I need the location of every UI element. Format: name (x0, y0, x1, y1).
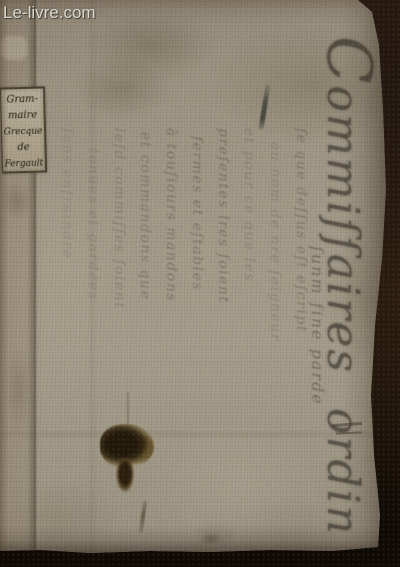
ink-blot-stem (116, 458, 134, 496)
spine-label-line: Gram- (1, 91, 43, 108)
spine-light-patch (0, 36, 27, 60)
ink-slash-mark (258, 84, 270, 130)
faded-script-line: tenues et gardées (80, 128, 106, 434)
cover-title-script: Commiſſaires ordin (316, 36, 382, 551)
spine-stain (5, 348, 32, 430)
spine-label-line: maire (1, 107, 43, 124)
faded-script-line: et commandons que (132, 128, 158, 434)
faded-script-line: fermes et eſtables (184, 128, 210, 434)
spine-label-line: Fergault (3, 155, 45, 172)
faded-script-line: ſans enfraindre (54, 128, 80, 434)
bottom-smudge (194, 522, 236, 550)
faded-script-line: et pour ce que les (236, 128, 262, 434)
book-photo: ſe que deſſus eſt eſcript au nom de nre … (0, 0, 400, 567)
small-ink-streak (139, 500, 148, 533)
faded-script-line: au nom de nre ſeigneur (262, 128, 288, 434)
faded-script-line: preſentes lres ſoient (210, 128, 236, 434)
edge-chip (377, 484, 384, 493)
site-watermark: Le-livre.com (3, 3, 96, 23)
spine-label: Gram- maire Grecque de Fergault (0, 86, 47, 173)
faded-manuscript-text: ſe que deſſus eſt eſcript au nom de nre … (52, 128, 314, 434)
faded-script-line: à touſiours mandons (158, 128, 184, 434)
edge-chip (374, 344, 382, 356)
spine-stain (2, 183, 32, 219)
spine-label-line: de (2, 139, 44, 156)
faded-script-line: leſd commiſſes ſoient (106, 128, 132, 434)
spine-label-line: Grecque (2, 123, 44, 140)
vellum-book-cover: ſe que deſſus eſt eſcript au nom de nre … (0, 0, 400, 567)
